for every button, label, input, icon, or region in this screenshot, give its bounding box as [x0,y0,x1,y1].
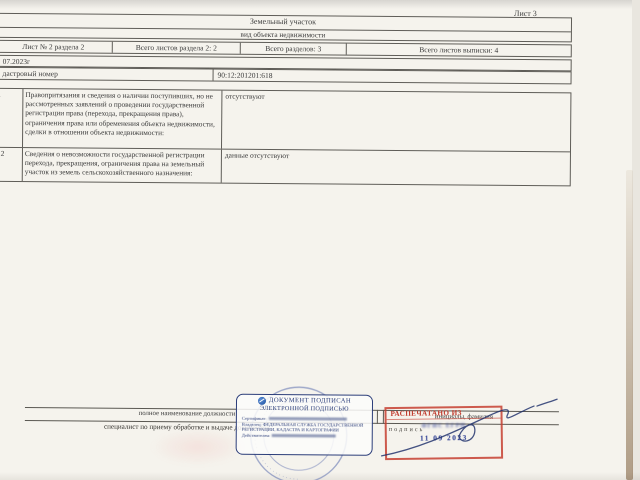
scanned-document: Лист 3 Земельный участок вид объекта нед… [0,0,640,480]
handwritten-signature [0,0,640,480]
